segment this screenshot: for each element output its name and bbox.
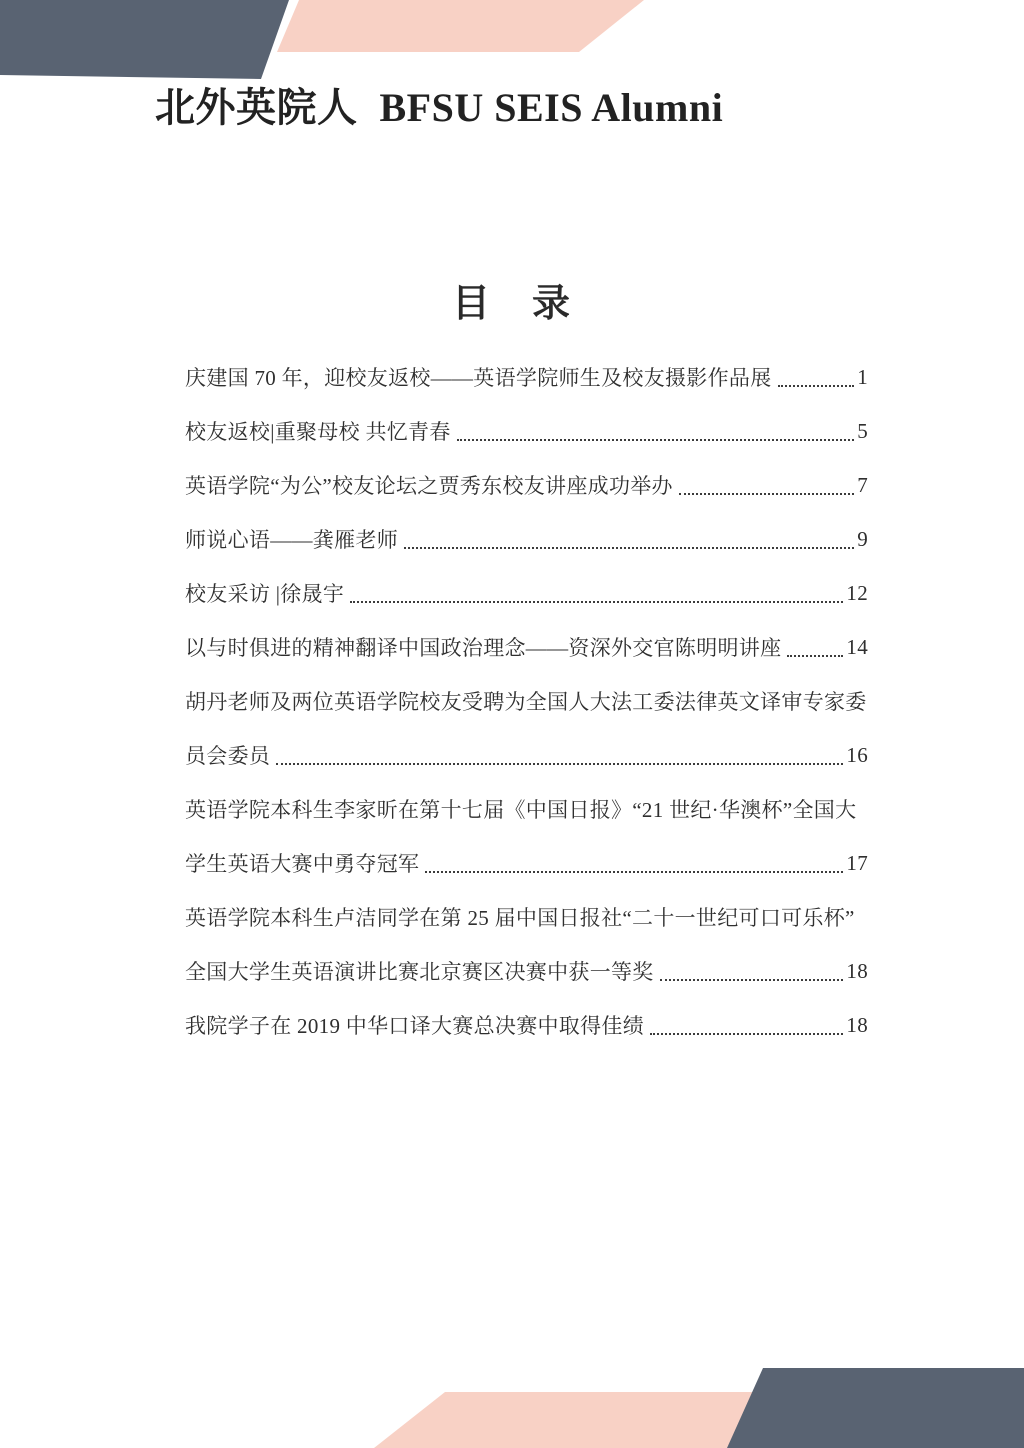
- dot-leader: [425, 871, 843, 873]
- toc-page-number: 14: [846, 635, 868, 660]
- toc-page-number: 17: [846, 851, 868, 876]
- toc-line: 英语学院本科生卢洁同学在第 25 届中国日报社“二十一世纪可口可乐杯”: [185, 890, 868, 944]
- dot-leader: [404, 547, 854, 549]
- toc-entry-text: 校友采访 |徐晟宇: [185, 578, 344, 608]
- dot-leader: [660, 979, 844, 981]
- document-page: 北外英院人BFSU SEIS Alumni 目 录 庆建国 70 年，迎校友返校…: [0, 0, 1024, 1448]
- toc-line: 我院学子在 2019 中华口译大赛总决赛中取得佳绩18: [185, 998, 868, 1052]
- toc-line: 庆建国 70 年，迎校友返校——英语学院师生及校友摄影作品展1: [185, 350, 868, 404]
- dot-leader: [457, 439, 855, 441]
- top-left-dark-shape: [0, 0, 289, 79]
- toc-list: 庆建国 70 年，迎校友返校——英语学院师生及校友摄影作品展1校友返校|重聚母校…: [185, 350, 868, 1052]
- toc-line: 胡丹老师及两位英语学院校友受聘为全国人大法工委法律英文译审专家委: [185, 674, 868, 728]
- bottom-right-dark-shape: [727, 1368, 1024, 1448]
- toc-line: 学生英语大赛中勇夺冠军17: [185, 836, 868, 890]
- toc-entry-text: 全国大学生英语演讲比赛北京赛区决赛中获一等奖: [185, 956, 654, 986]
- toc-line: 英语学院本科生李家昕在第十七届《中国日报》“21 世纪·华澳杯”全国大: [185, 782, 868, 836]
- toc-line: 师说心语——龚雁老师9: [185, 512, 868, 566]
- dot-leader: [679, 493, 854, 495]
- toc-line: 校友采访 |徐晟宇12: [185, 566, 868, 620]
- top-pink-shape: [277, 0, 644, 52]
- toc-entry-text: 英语学院本科生李家昕在第十七届《中国日报》“21 世纪·华澳杯”全国大: [185, 794, 856, 824]
- page-header-title: 北外英院人BFSU SEIS Alumni: [155, 76, 723, 133]
- toc-line: 全国大学生英语演讲比赛北京赛区决赛中获一等奖18: [185, 944, 868, 998]
- toc-page-number: 5: [857, 419, 868, 444]
- dot-leader: [350, 601, 843, 603]
- toc-entry-text: 英语学院本科生卢洁同学在第 25 届中国日报社“二十一世纪可口可乐杯”: [185, 902, 855, 932]
- toc-page-number: 18: [846, 1013, 868, 1038]
- toc-heading: 目 录: [0, 272, 1024, 327]
- toc-page-number: 12: [846, 581, 868, 606]
- toc-entry-text: 我院学子在 2019 中华口译大赛总决赛中取得佳绩: [185, 1010, 644, 1040]
- toc-page-number: 7: [857, 473, 868, 498]
- toc-entry-text: 员会委员: [185, 740, 270, 770]
- toc-line: 校友返校|重聚母校 共忆青春5: [185, 404, 868, 458]
- toc-entry-text: 学生英语大赛中勇夺冠军: [185, 848, 419, 878]
- dot-leader: [778, 385, 855, 387]
- dot-leader: [276, 763, 843, 765]
- toc-line: 以与时俱进的精神翻译中国政治理念——资深外交官陈明明讲座14: [185, 620, 868, 674]
- toc-entry-text: 师说心语——龚雁老师: [185, 524, 398, 554]
- toc-entry-text: 胡丹老师及两位英语学院校友受聘为全国人大法工委法律英文译审专家委: [185, 686, 867, 716]
- header-title-english: BFSU SEIS Alumni: [380, 85, 724, 130]
- toc-line: 员会委员16: [185, 728, 868, 782]
- toc-page-number: 18: [846, 959, 868, 984]
- toc-entry-text: 以与时俱进的精神翻译中国政治理念——资深外交官陈明明讲座: [185, 632, 781, 662]
- toc-page-number: 16: [846, 743, 868, 768]
- bottom-pink-shape: [374, 1392, 780, 1448]
- toc-page-number: 9: [857, 527, 868, 552]
- toc-entry-text: 庆建国 70 年，迎校友返校——英语学院师生及校友摄影作品展: [185, 362, 772, 392]
- toc-entry-text: 英语学院“为公”校友论坛之贾秀东校友讲座成功举办: [185, 470, 673, 500]
- dot-leader: [787, 655, 843, 657]
- dot-leader: [650, 1033, 843, 1035]
- header-title-chinese: 北外英院人: [155, 85, 358, 130]
- toc-page-number: 1: [857, 365, 868, 390]
- toc-entry-text: 校友返校|重聚母校 共忆青春: [185, 416, 451, 446]
- toc-line: 英语学院“为公”校友论坛之贾秀东校友讲座成功举办7: [185, 458, 868, 512]
